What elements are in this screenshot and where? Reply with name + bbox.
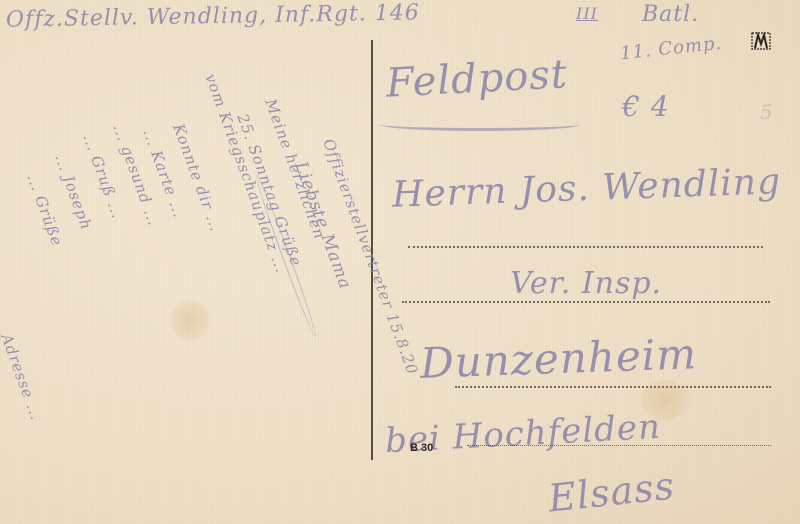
feldpost-mark: Feldpost — [385, 51, 569, 106]
address-line-2: Ver. Insp. — [510, 266, 662, 301]
address-line-5: Elsass — [546, 463, 677, 520]
postcard-back: Offz.Stellv. Wendling, Inf.Rgt. 146 III … — [0, 0, 800, 524]
address-line-1: Herrn Jos. Wendling — [391, 161, 781, 216]
stamp-note: € 4 — [622, 90, 670, 123]
header-battalion: Batl. — [642, 2, 699, 27]
message-line: Adresse ... — [0, 330, 49, 424]
address-rule-1 — [408, 246, 763, 248]
address-rule-3 — [455, 386, 771, 388]
header-company: 11. Comp. — [619, 33, 723, 65]
pencil-note: 5 — [760, 100, 774, 124]
header-sender-line: Offz.Stellv. Wendling, Inf.Rgt. 146 — [6, 0, 420, 32]
print-code: B 30 — [410, 442, 433, 454]
paper-stain — [170, 300, 210, 340]
address-rule-2 — [402, 301, 770, 303]
header-battalion-roman: III — [576, 4, 598, 23]
feldpost-underline — [380, 118, 580, 131]
address-line-3: Dunzenheim — [419, 329, 698, 388]
publisher-monogram-icon — [750, 30, 772, 52]
address-rule-4 — [467, 445, 771, 446]
